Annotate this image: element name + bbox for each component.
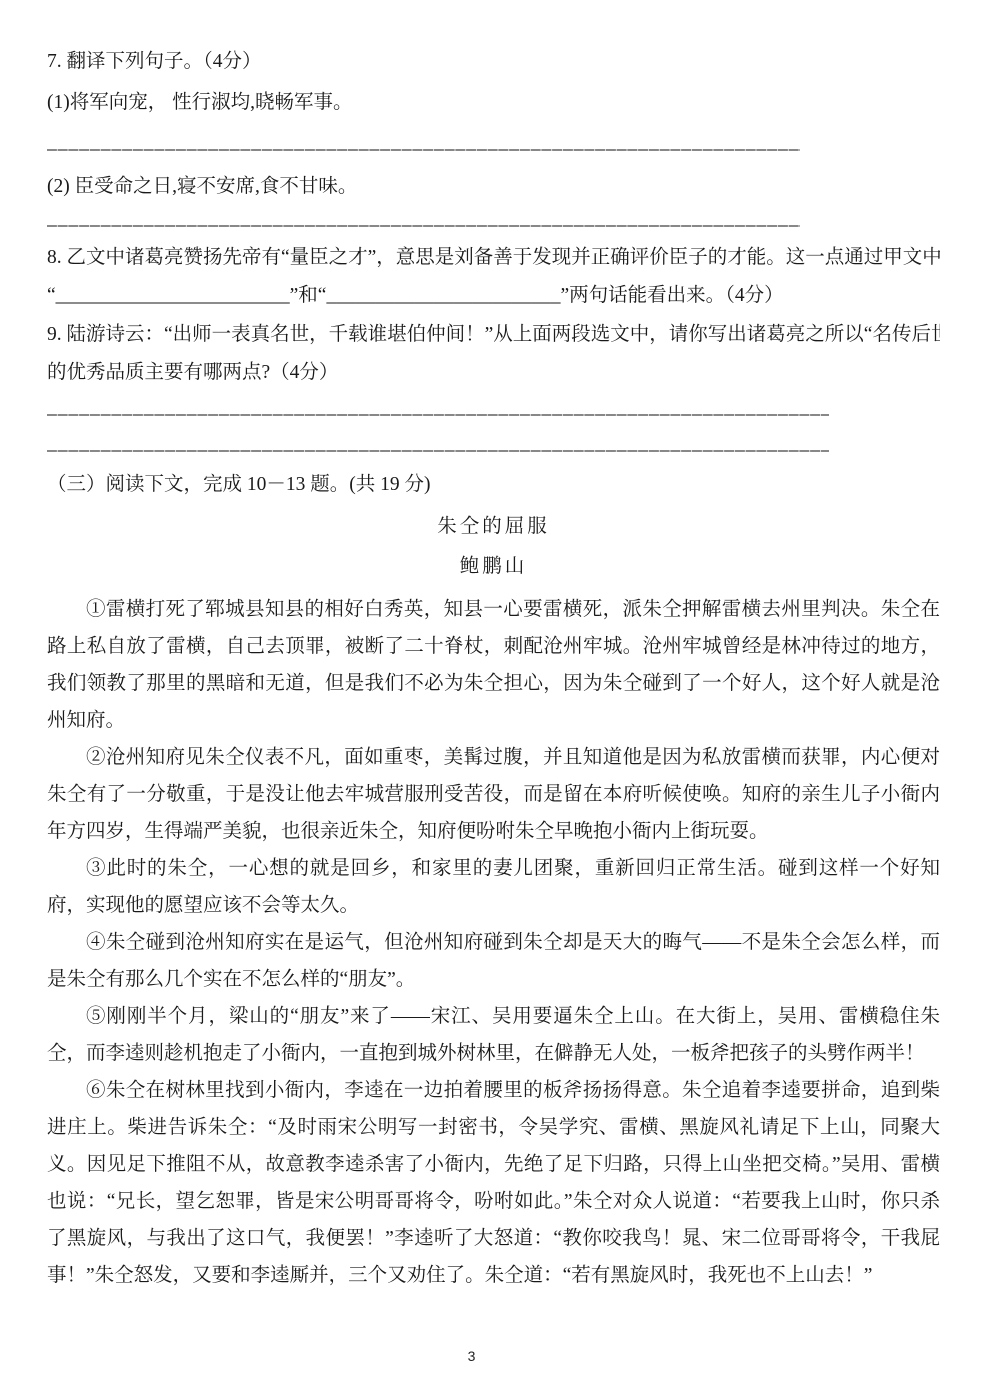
exam-page-content: 7. 翻译下列句子。（4分） (1)将军向宠， 性行淑均,晓畅军事。 _____… [47, 0, 940, 1294]
answer-line: ________________________________________… [47, 206, 800, 236]
passage-paragraph-2: ②沧州知府见朱仝仪表不凡，面如重枣，美髯过腹，并且知道他是因为私放雷横而获罪，内… [47, 739, 940, 850]
question-9-text-line-2: 的优秀品质主要有哪两点?（4分） [47, 354, 940, 392]
answer-line: ________________________________________… [47, 130, 800, 160]
passage-paragraph-3: ③此时的朱仝，一心想的就是回乡，和家里的妻儿团聚，重新回归正常生活。碰到这样一个… [47, 850, 940, 924]
passage-paragraph-1: ①雷横打死了郓城县知县的相好白秀英，知县一心要雷横死，派朱仝押解雷横去州里判决。… [47, 591, 940, 739]
passage-paragraph-5: ⑤刚刚半个月，梁山的“朋友”来了——宋江、吴用要逼朱仝上山。在大街上，吴用、雷横… [47, 998, 940, 1072]
question-7-item-1: (1)将军向宠， 性行淑均,晓畅军事。 [47, 84, 940, 122]
passage-paragraph-6: ⑥朱仝在树林里找到小衙内，李逵在一边拍着腰里的板斧扬扬得意。朱仝追着李逵要拼命，… [47, 1072, 940, 1294]
question-8-blanks-line: “________________________”和“____________… [47, 277, 940, 315]
passage-author: 鲍鹏山 [47, 548, 940, 586]
page-number: 3 [0, 1348, 943, 1364]
passage-paragraph-4: ④朱仝碰到沧州知府实在是运气，但沧州知府碰到朱仝却是天大的晦气——不是朱仝会怎么… [47, 924, 940, 998]
passage-title: 朱仝的屈服 [47, 508, 940, 546]
question-7-header: 7. 翻译下列句子。（4分） [47, 43, 940, 81]
answer-line: ________________________________________… [47, 392, 829, 428]
question-8-text-line-1: 8. 乙文中诸葛亮赞扬先帝有“量臣之才”，意思是刘备善于发现并正确评价臣子的才能… [47, 239, 940, 277]
reading-passage: ①雷横打死了郓城县知县的相好白秀英，知县一心要雷横死，派朱仝押解雷横去州里判决。… [47, 591, 940, 1294]
question-9-text-line-1: 9. 陆游诗云：“出师一表真名世，千载谁堪伯仲间！”从上面两段选文中，请你写出诸… [47, 316, 940, 354]
section-3-header: （三）阅读下文，完成 10－13 题。(共 19 分) [47, 466, 940, 504]
question-7-item-2: (2) 臣受命之日,寝不安席,食不甘味。 [47, 168, 940, 206]
answer-line: ________________________________________… [47, 428, 829, 464]
top-margin [47, 0, 940, 43]
